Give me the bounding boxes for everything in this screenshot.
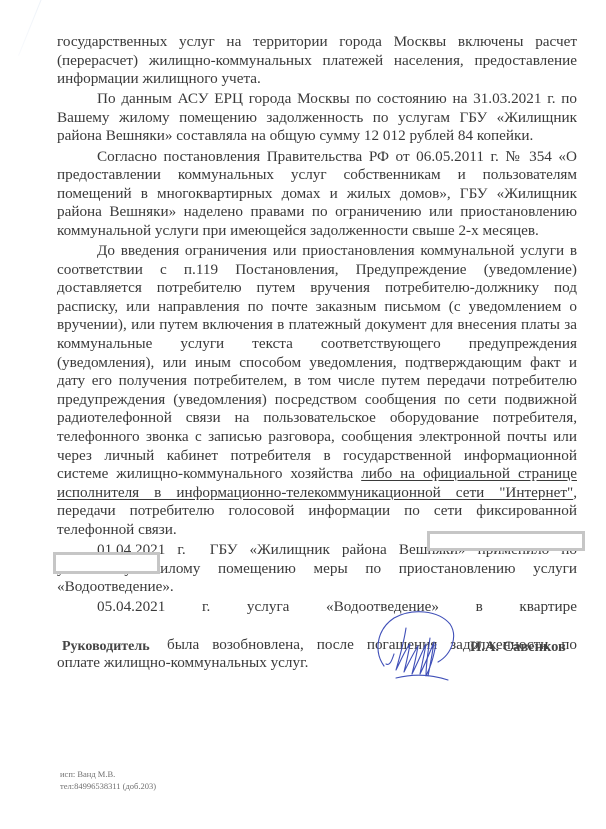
address-redaction-box	[427, 531, 585, 551]
restoration-text-start: 05.04.2021 г. услуга «Водоотведение» в к…	[97, 598, 577, 615]
scan-artifact-line	[18, 0, 43, 56]
letter-body: государственных услуг на территории горо…	[57, 33, 577, 674]
paragraph-restoration: 05.04.2021 г. услуга «Водоотведение» в к…	[57, 598, 577, 672]
paragraph-debt-amount: По данным АСУ ЕРЦ города Москвы по состо…	[57, 90, 577, 146]
restoration-text-end: была возобновлена, после погашения задол…	[57, 636, 577, 672]
executor-name: исп: Ванд М.В.	[60, 769, 156, 781]
paragraph-intro-continuation: государственных услуг на территории горо…	[57, 33, 577, 89]
address-redaction-box	[53, 552, 160, 574]
paragraph-notification-procedure: До введения ограничения или приостановле…	[57, 242, 577, 540]
executor-phone: тел:84996538311 (доб.203)	[60, 781, 156, 793]
executor-footer: исп: Ванд М.В. тел:84996538311 (доб.203)	[60, 769, 156, 792]
notification-text: До введения ограничения или приостановле…	[57, 242, 577, 482]
paragraph-regulation-354: Согласно постановления Правительства РФ …	[57, 148, 577, 241]
